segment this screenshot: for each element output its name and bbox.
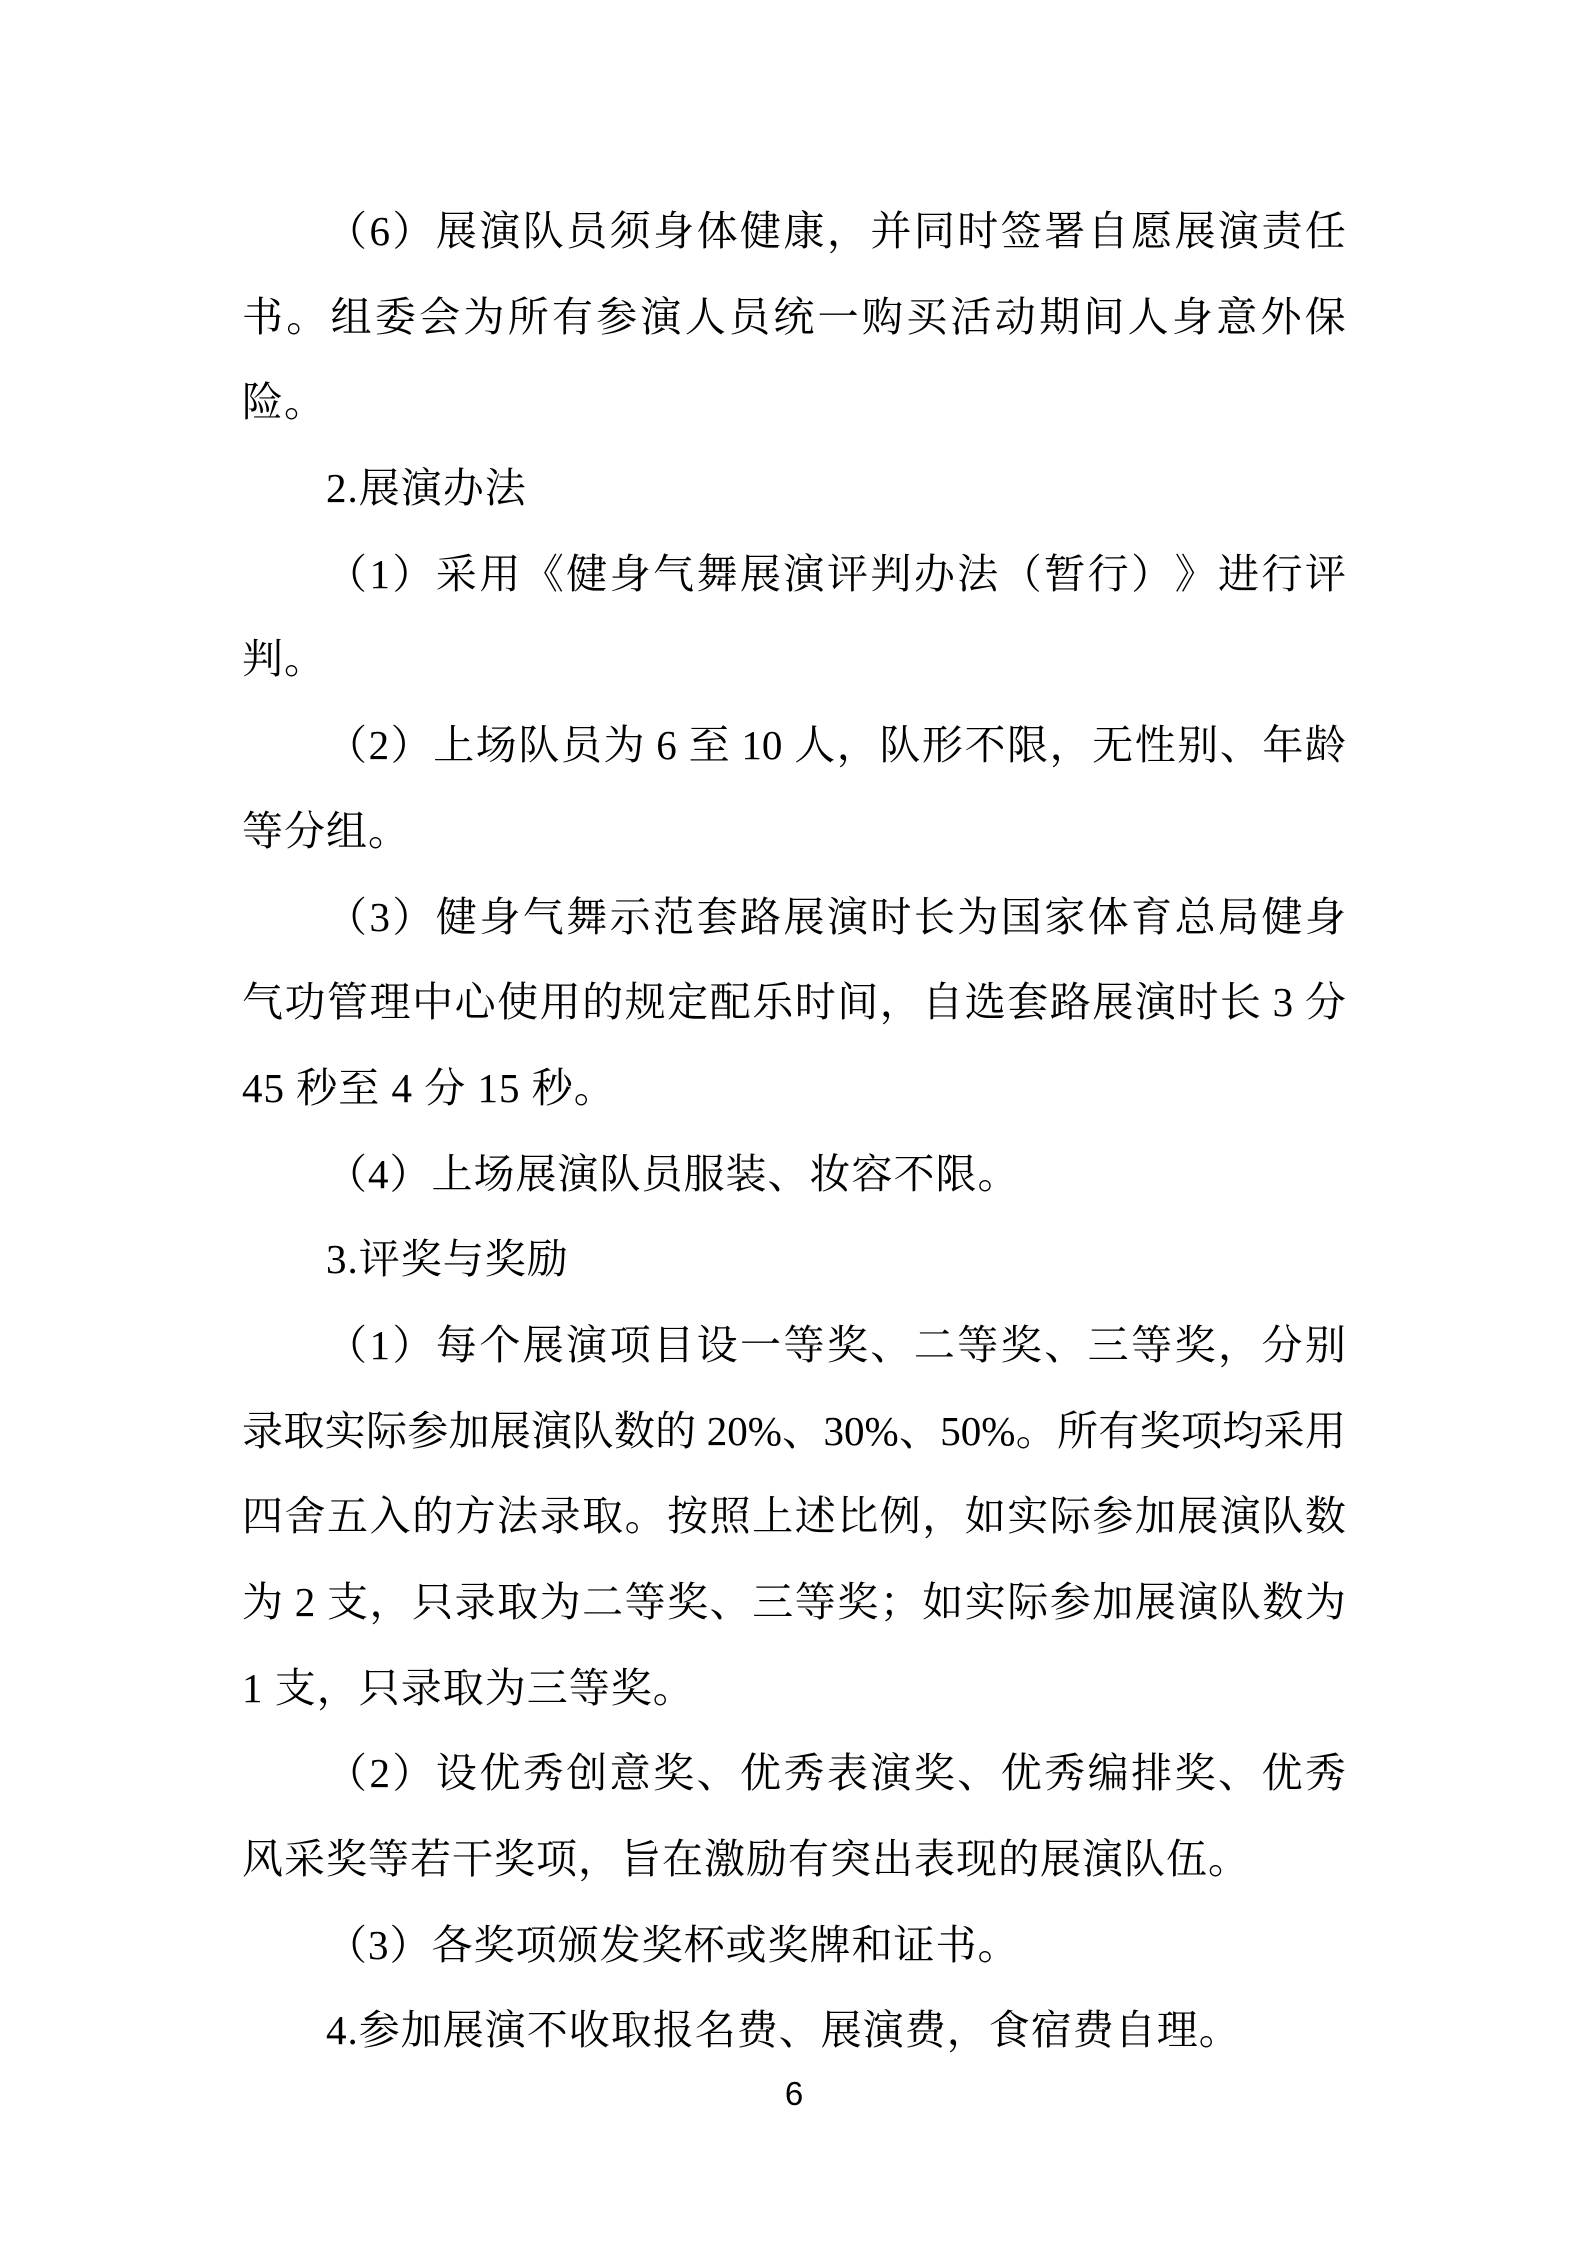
text-token: （: [1001, 532, 1042, 618]
text-token: 形: [922, 703, 963, 789]
text-token: 30%: [823, 1389, 898, 1475]
text-token: 秀: [1044, 1731, 1085, 1817]
text-line: 1 支，只录取为三等奖。: [242, 1646, 1346, 1732]
text-token: 加: [449, 1389, 490, 1475]
text-token: 乐: [752, 960, 793, 1046]
text-token: 、: [1218, 1731, 1259, 1817]
text-token: 局: [1218, 875, 1259, 961]
text-token: 规: [625, 960, 666, 1046]
text-token: 法: [497, 1474, 538, 1560]
text-token: 演: [1220, 1474, 1261, 1560]
text-token: 奖: [827, 1303, 868, 1389]
text-token: 编: [1088, 1731, 1129, 1817]
text-token: 展: [490, 1389, 531, 1475]
text-line: 2.展演办法: [242, 446, 1346, 532]
text-token: 期: [1039, 275, 1080, 361]
text-token: 际: [366, 1389, 407, 1475]
text-token: 奖: [837, 1560, 878, 1646]
text-line: 险。: [242, 360, 1346, 446]
text-token: 的: [655, 1389, 696, 1475]
text-token: 评: [827, 532, 868, 618]
text-token: （: [326, 703, 367, 789]
text-token: 入: [370, 1474, 411, 1560]
text-token: 性: [1135, 703, 1176, 789]
text-token: 时: [870, 875, 911, 961]
text-token: 一: [740, 1303, 781, 1389]
text-token: 2: [285, 1560, 326, 1646]
text-token: 队: [573, 1389, 614, 1475]
text-token: 、: [710, 1560, 751, 1646]
text-token: 示: [610, 875, 651, 961]
text-token: 身: [479, 875, 520, 961]
text-token: 自: [1088, 189, 1129, 275]
text-token: （: [326, 532, 367, 618]
text-token: （: [326, 875, 367, 961]
text-token: 等: [783, 1303, 824, 1389]
text-token: 一: [818, 275, 859, 361]
text-token: 署: [1044, 189, 1085, 275]
text-token: 购: [862, 275, 903, 361]
text-token: 身: [1172, 275, 1213, 361]
text-token: 所: [508, 275, 549, 361]
text-token: 用: [1305, 1389, 1346, 1475]
text-token: 际: [1007, 1560, 1048, 1646]
text-token: 每: [436, 1303, 477, 1389]
text-token: 上: [433, 703, 474, 789]
text-token: 展: [1177, 1474, 1218, 1560]
text-line: 45 秒至 4 分 15 秒。: [242, 1046, 1346, 1132]
text-token: 体: [697, 189, 738, 275]
text-token: 管: [327, 960, 368, 1046]
text-token: 套: [697, 875, 738, 961]
text-token: 取: [497, 1560, 538, 1646]
text-token: 例: [880, 1474, 921, 1560]
text-token: 实: [965, 1560, 1006, 1646]
text-token: 展: [436, 189, 477, 275]
text-token: 队: [879, 703, 920, 789]
text-token: 不: [964, 703, 1005, 789]
text-token: 项: [1181, 1389, 1222, 1475]
text-token: 买: [906, 275, 947, 361]
text-token: 项: [610, 1303, 651, 1389]
text-token: 员: [561, 703, 602, 789]
text-token: 奖: [1175, 1731, 1216, 1817]
text-token: ，: [1218, 1303, 1259, 1389]
text-token: 员: [729, 275, 770, 361]
text-token: 参: [596, 275, 637, 361]
text-token: 50%: [940, 1389, 1015, 1475]
text-token: ）: [392, 1731, 433, 1817]
document-body: （6）展演队员须身体健康，并同时签署自愿展演责任书。组委会为所有参演人员统一购买…: [242, 189, 1346, 2074]
text-token: 队: [1262, 1474, 1303, 1560]
text-token: 秀: [523, 1731, 564, 1817]
text-token: 支: [327, 1560, 368, 1646]
text-token: （: [326, 1731, 367, 1817]
text-token: 为: [540, 1560, 581, 1646]
text-token: 健: [436, 875, 477, 961]
text-line: 等分组。: [242, 789, 1346, 875]
text-token: 为: [603, 703, 644, 789]
text-token: 、: [957, 1731, 998, 1817]
text-token: 、: [899, 1389, 940, 1475]
text-token: 按: [667, 1474, 708, 1560]
text-token: 场: [476, 703, 517, 789]
text-token: 表: [827, 1731, 868, 1817]
text-token: 演: [1218, 189, 1259, 275]
text-token: 组: [331, 275, 372, 361]
text-token: 气: [653, 532, 694, 618]
text-token: 使: [497, 960, 538, 1046]
text-line: （3）各奖项颁发奖杯或奖牌和证书。: [242, 1903, 1346, 1989]
text-token: 、: [870, 1303, 911, 1389]
text-token: 演: [566, 1303, 607, 1389]
text-token: ，: [827, 189, 868, 275]
text-token: 加: [1135, 1474, 1176, 1560]
text-token: 分: [1261, 1303, 1302, 1389]
text-token: 所: [1057, 1389, 1098, 1475]
text-token: 数: [614, 1389, 655, 1475]
text-token: 优: [1001, 1731, 1042, 1817]
text-token: 限: [1007, 703, 1048, 789]
text-token: 定: [667, 960, 708, 1046]
text-token: 取: [582, 1474, 623, 1560]
text-token: 评: [1305, 532, 1346, 618]
text-line: 录取实际参加展演队数的 20%、30%、50%。所有奖项均采用: [242, 1389, 1346, 1475]
text-token: 有: [1098, 1389, 1139, 1475]
text-token: 录: [242, 1389, 283, 1475]
text-token: 健: [566, 532, 607, 618]
text-token: 取: [283, 1389, 324, 1475]
text-token: 健: [740, 189, 781, 275]
text-token: 别: [1305, 1303, 1346, 1389]
text-line: 判。: [242, 617, 1346, 703]
text-line: （6）展演队员须身体健康，并同时签署自愿展演责任: [242, 189, 1346, 275]
text-token: 展: [523, 1303, 564, 1389]
text-line: 书。组委会为所有参演人员统一购买活动期间人身意外保: [242, 275, 1346, 361]
text-token: 队: [523, 189, 564, 275]
text-token: ）: [392, 189, 433, 275]
text-token: 方: [455, 1474, 496, 1560]
text-token: 设: [436, 1731, 477, 1817]
text-token: 如: [965, 1474, 1006, 1560]
text-token: 二: [582, 1560, 623, 1646]
text-token: 签: [1001, 189, 1042, 275]
text-token: 舞: [697, 532, 738, 618]
text-token: 家: [1044, 875, 1085, 961]
text-token: 展: [1092, 960, 1133, 1046]
text-token: 展: [1135, 1560, 1176, 1646]
text-token: 奖: [1001, 1303, 1042, 1389]
text-token: 办: [914, 532, 955, 618]
text-token: 数: [1305, 1474, 1346, 1560]
text-token: 三: [752, 1560, 793, 1646]
text-token: 、: [1220, 703, 1261, 789]
text-token: 、: [782, 1389, 823, 1475]
text-token: 舞: [566, 875, 607, 961]
text-token: 配: [710, 960, 751, 1046]
text-line: （2）上场队员为 6 至 10 人，队形不限，无性别、年龄: [242, 703, 1346, 789]
text-token: 上: [752, 1474, 793, 1560]
text-token: ）: [392, 532, 433, 618]
document-page: （6）展演队员须身体健康，并同时签署自愿展演责任书。组委会为所有参演人员统一购买…: [0, 0, 1588, 2245]
text-token: 的: [412, 1474, 453, 1560]
text-token: ）: [392, 875, 433, 961]
text-token: 。: [1016, 1389, 1057, 1475]
text-token: 如: [922, 1560, 963, 1646]
text-token: 二: [914, 1303, 955, 1389]
text-token: ，: [1050, 703, 1091, 789]
text-token: 展: [1175, 189, 1216, 275]
text-line: 3.评奖与奖励: [242, 1217, 1346, 1303]
text-token: 气: [523, 875, 564, 961]
text-token: 3: [1262, 960, 1303, 1046]
text-token: 20%: [696, 1389, 781, 1475]
text-token: 3: [369, 875, 390, 961]
text-token: 总: [1175, 875, 1216, 961]
text-token: 目: [653, 1303, 694, 1389]
text-token: 国: [1001, 875, 1042, 961]
text-token: 奖: [914, 1731, 955, 1817]
text-token: ）: [392, 1303, 433, 1389]
text-token: 健: [1261, 875, 1302, 961]
text-token: 演: [531, 1389, 572, 1475]
text-token: 别: [1177, 703, 1218, 789]
text-token: ）: [391, 703, 432, 789]
text-line: 风采奖等若干奖项，旨在激励有突出表现的展演队伍。: [242, 1817, 1346, 1903]
text-token: 统: [773, 275, 814, 361]
text-token: 排: [1131, 1731, 1172, 1817]
text-token: （: [326, 1303, 367, 1389]
text-token: 秀: [1305, 1731, 1346, 1817]
text-token: 为: [242, 1560, 283, 1646]
text-token: 加: [1092, 1560, 1133, 1646]
text-token: 1: [369, 532, 390, 618]
text-token: ；: [880, 1560, 921, 1646]
text-token: 至: [689, 703, 730, 789]
text-token: 判: [870, 532, 911, 618]
text-token: 为: [957, 875, 998, 961]
text-token: 为: [1305, 1560, 1346, 1646]
text-token: 任: [1305, 189, 1346, 275]
text-token: 采: [1264, 1389, 1305, 1475]
text-token: 1: [369, 1303, 390, 1389]
text-token: 体: [1088, 875, 1129, 961]
text-token: 责: [1261, 189, 1302, 275]
text-token: 选: [965, 960, 1006, 1046]
text-token: 录: [455, 1560, 496, 1646]
text-token: 队: [518, 703, 559, 789]
text-token: 进: [1218, 532, 1259, 618]
text-line: （1）采用《健身气舞展演评判办法（暂行）》进行评: [242, 532, 1346, 618]
text-token: 实: [325, 1389, 366, 1475]
text-token: 书: [242, 275, 283, 361]
text-token: 员: [566, 189, 607, 275]
text-token: 。: [286, 275, 327, 361]
text-token: 的: [582, 960, 623, 1046]
text-token: 演: [870, 1731, 911, 1817]
text-token: 等: [625, 1560, 666, 1646]
text-token: 述: [795, 1474, 836, 1560]
text-token: 理: [370, 960, 411, 1046]
text-token: 五: [327, 1474, 368, 1560]
text-token: 实: [1007, 1474, 1048, 1560]
text-token: 人: [1128, 275, 1169, 361]
text-token: 行: [1261, 532, 1302, 618]
text-token: 人: [685, 275, 726, 361]
text-token: 采: [436, 532, 477, 618]
text-token: 10: [731, 703, 793, 789]
text-token: 无: [1092, 703, 1133, 789]
text-token: 育: [1131, 875, 1172, 961]
text-token: 时: [957, 189, 998, 275]
text-token: ，: [837, 703, 878, 789]
text-token: 优: [479, 1731, 520, 1817]
text-token: 中: [412, 960, 453, 1046]
text-token: ，: [922, 1474, 963, 1560]
text-token: 个: [479, 1303, 520, 1389]
text-line: （2）设优秀创意奖、优秀表演奖、优秀编排奖、优秀: [242, 1731, 1346, 1817]
text-token: 优: [740, 1731, 781, 1817]
text-line: （3）健身气舞示范套路展演时长为国家体育总局健身: [242, 875, 1346, 961]
text-token: 须: [610, 189, 651, 275]
text-token: 身: [1305, 875, 1346, 961]
text-token: 。: [625, 1474, 666, 1560]
text-token: 演: [1177, 1560, 1218, 1646]
text-token: 意: [1216, 275, 1257, 361]
page-number: 6: [0, 2074, 1588, 2114]
text-token: 等: [1131, 1303, 1172, 1389]
text-token: 奖: [667, 1560, 708, 1646]
text-token: 自: [922, 960, 963, 1046]
text-token: 用: [540, 960, 581, 1046]
text-token: 数: [1262, 1560, 1303, 1646]
text-token: 功: [285, 960, 326, 1046]
text-token: 时: [795, 960, 836, 1046]
text-token: 队: [1220, 1560, 1261, 1646]
text-token: 外: [1260, 275, 1301, 361]
text-token: 长: [1220, 960, 1261, 1046]
text-token: 心: [455, 960, 496, 1046]
text-token: 会: [419, 275, 460, 361]
text-token: 愿: [1131, 189, 1172, 275]
text-token: 6: [369, 189, 390, 275]
text-token: 演: [783, 532, 824, 618]
text-token: 奖: [1175, 1303, 1216, 1389]
text-token: 演: [1135, 960, 1176, 1046]
text-token: 法: [957, 532, 998, 618]
text-token: 路: [740, 875, 781, 961]
text-token: 用: [479, 532, 520, 618]
text-token: 、: [697, 1731, 738, 1817]
text-token: 等: [795, 1560, 836, 1646]
text-token: 身: [653, 189, 694, 275]
text-token: 四: [242, 1474, 283, 1560]
text-token: 动: [995, 275, 1036, 361]
text-token: 奖: [653, 1731, 694, 1817]
text-token: 只: [412, 1560, 453, 1646]
text-token: 秀: [783, 1731, 824, 1817]
text-token: 展: [783, 875, 824, 961]
text-token: 演: [641, 275, 682, 361]
text-token: 范: [653, 875, 694, 961]
text-token: 活: [951, 275, 992, 361]
text-token: 》: [1175, 532, 1216, 618]
text-token: 身: [610, 532, 651, 618]
text-token: 、: [1044, 1303, 1085, 1389]
text-token: 长: [914, 875, 955, 961]
text-token: 际: [1050, 1474, 1091, 1560]
text-token: 录: [540, 1474, 581, 1560]
text-token: 为: [463, 275, 504, 361]
text-token: 三: [1088, 1303, 1129, 1389]
text-token: 演: [479, 189, 520, 275]
text-token: ，: [370, 1560, 411, 1646]
text-token: 参: [1050, 1560, 1091, 1646]
text-token: 龄: [1305, 703, 1346, 789]
text-token: 《: [523, 532, 564, 618]
text-token: 时: [1177, 960, 1218, 1046]
text-token: 设: [697, 1303, 738, 1389]
text-line: 四舍五入的方法录取。按照上述比例，如实际参加展演队数: [242, 1474, 1346, 1560]
text-token: ，: [880, 960, 921, 1046]
text-line: 为 2 支，只录取为二等奖、三等奖；如实际参加展演队数为: [242, 1560, 1346, 1646]
text-token: 参: [1092, 1474, 1133, 1560]
text-token: 6: [646, 703, 687, 789]
text-token: 参: [407, 1389, 448, 1475]
text-token: 优: [1261, 1731, 1302, 1817]
text-token: 暂: [1044, 532, 1085, 618]
text-token: 2: [369, 1731, 390, 1817]
text-line: （1）每个展演项目设一等奖、二等奖、三等奖，分别: [242, 1303, 1346, 1389]
text-token: 2: [369, 703, 390, 789]
text-token: 委: [375, 275, 416, 361]
text-token: 舍: [285, 1474, 326, 1560]
text-token: 路: [1050, 960, 1091, 1046]
text-token: 年: [1262, 703, 1303, 789]
text-line: （4）上场展演队员服装、妆容不限。: [242, 1132, 1346, 1218]
text-token: 并: [870, 189, 911, 275]
text-token: 照: [710, 1474, 751, 1560]
text-token: 间: [1083, 275, 1124, 361]
text-line: 气功管理中心使用的规定配乐时间，自选套路展演时长 3 分: [242, 960, 1346, 1046]
text-token: 演: [827, 875, 868, 961]
text-token: 创: [566, 1731, 607, 1817]
text-token: 人: [794, 703, 835, 789]
text-token: 康: [783, 189, 824, 275]
text-token: 气: [242, 960, 283, 1046]
text-token: ）: [1131, 532, 1172, 618]
text-token: 保: [1305, 275, 1346, 361]
text-token: 展: [740, 532, 781, 618]
text-token: 分: [1305, 960, 1346, 1046]
text-token: （: [326, 189, 367, 275]
text-token: 有: [552, 275, 593, 361]
text-token: 等: [957, 1303, 998, 1389]
text-token: 套: [1007, 960, 1048, 1046]
text-token: 奖: [1140, 1389, 1181, 1475]
text-token: 间: [837, 960, 878, 1046]
text-token: 均: [1222, 1389, 1263, 1475]
text-token: 行: [1088, 532, 1129, 618]
text-token: 同: [914, 189, 955, 275]
text-token: 意: [610, 1731, 651, 1817]
text-token: 比: [837, 1474, 878, 1560]
text-line: 4.参加展演不收取报名费、展演费，食宿费自理。: [242, 1988, 1346, 2074]
